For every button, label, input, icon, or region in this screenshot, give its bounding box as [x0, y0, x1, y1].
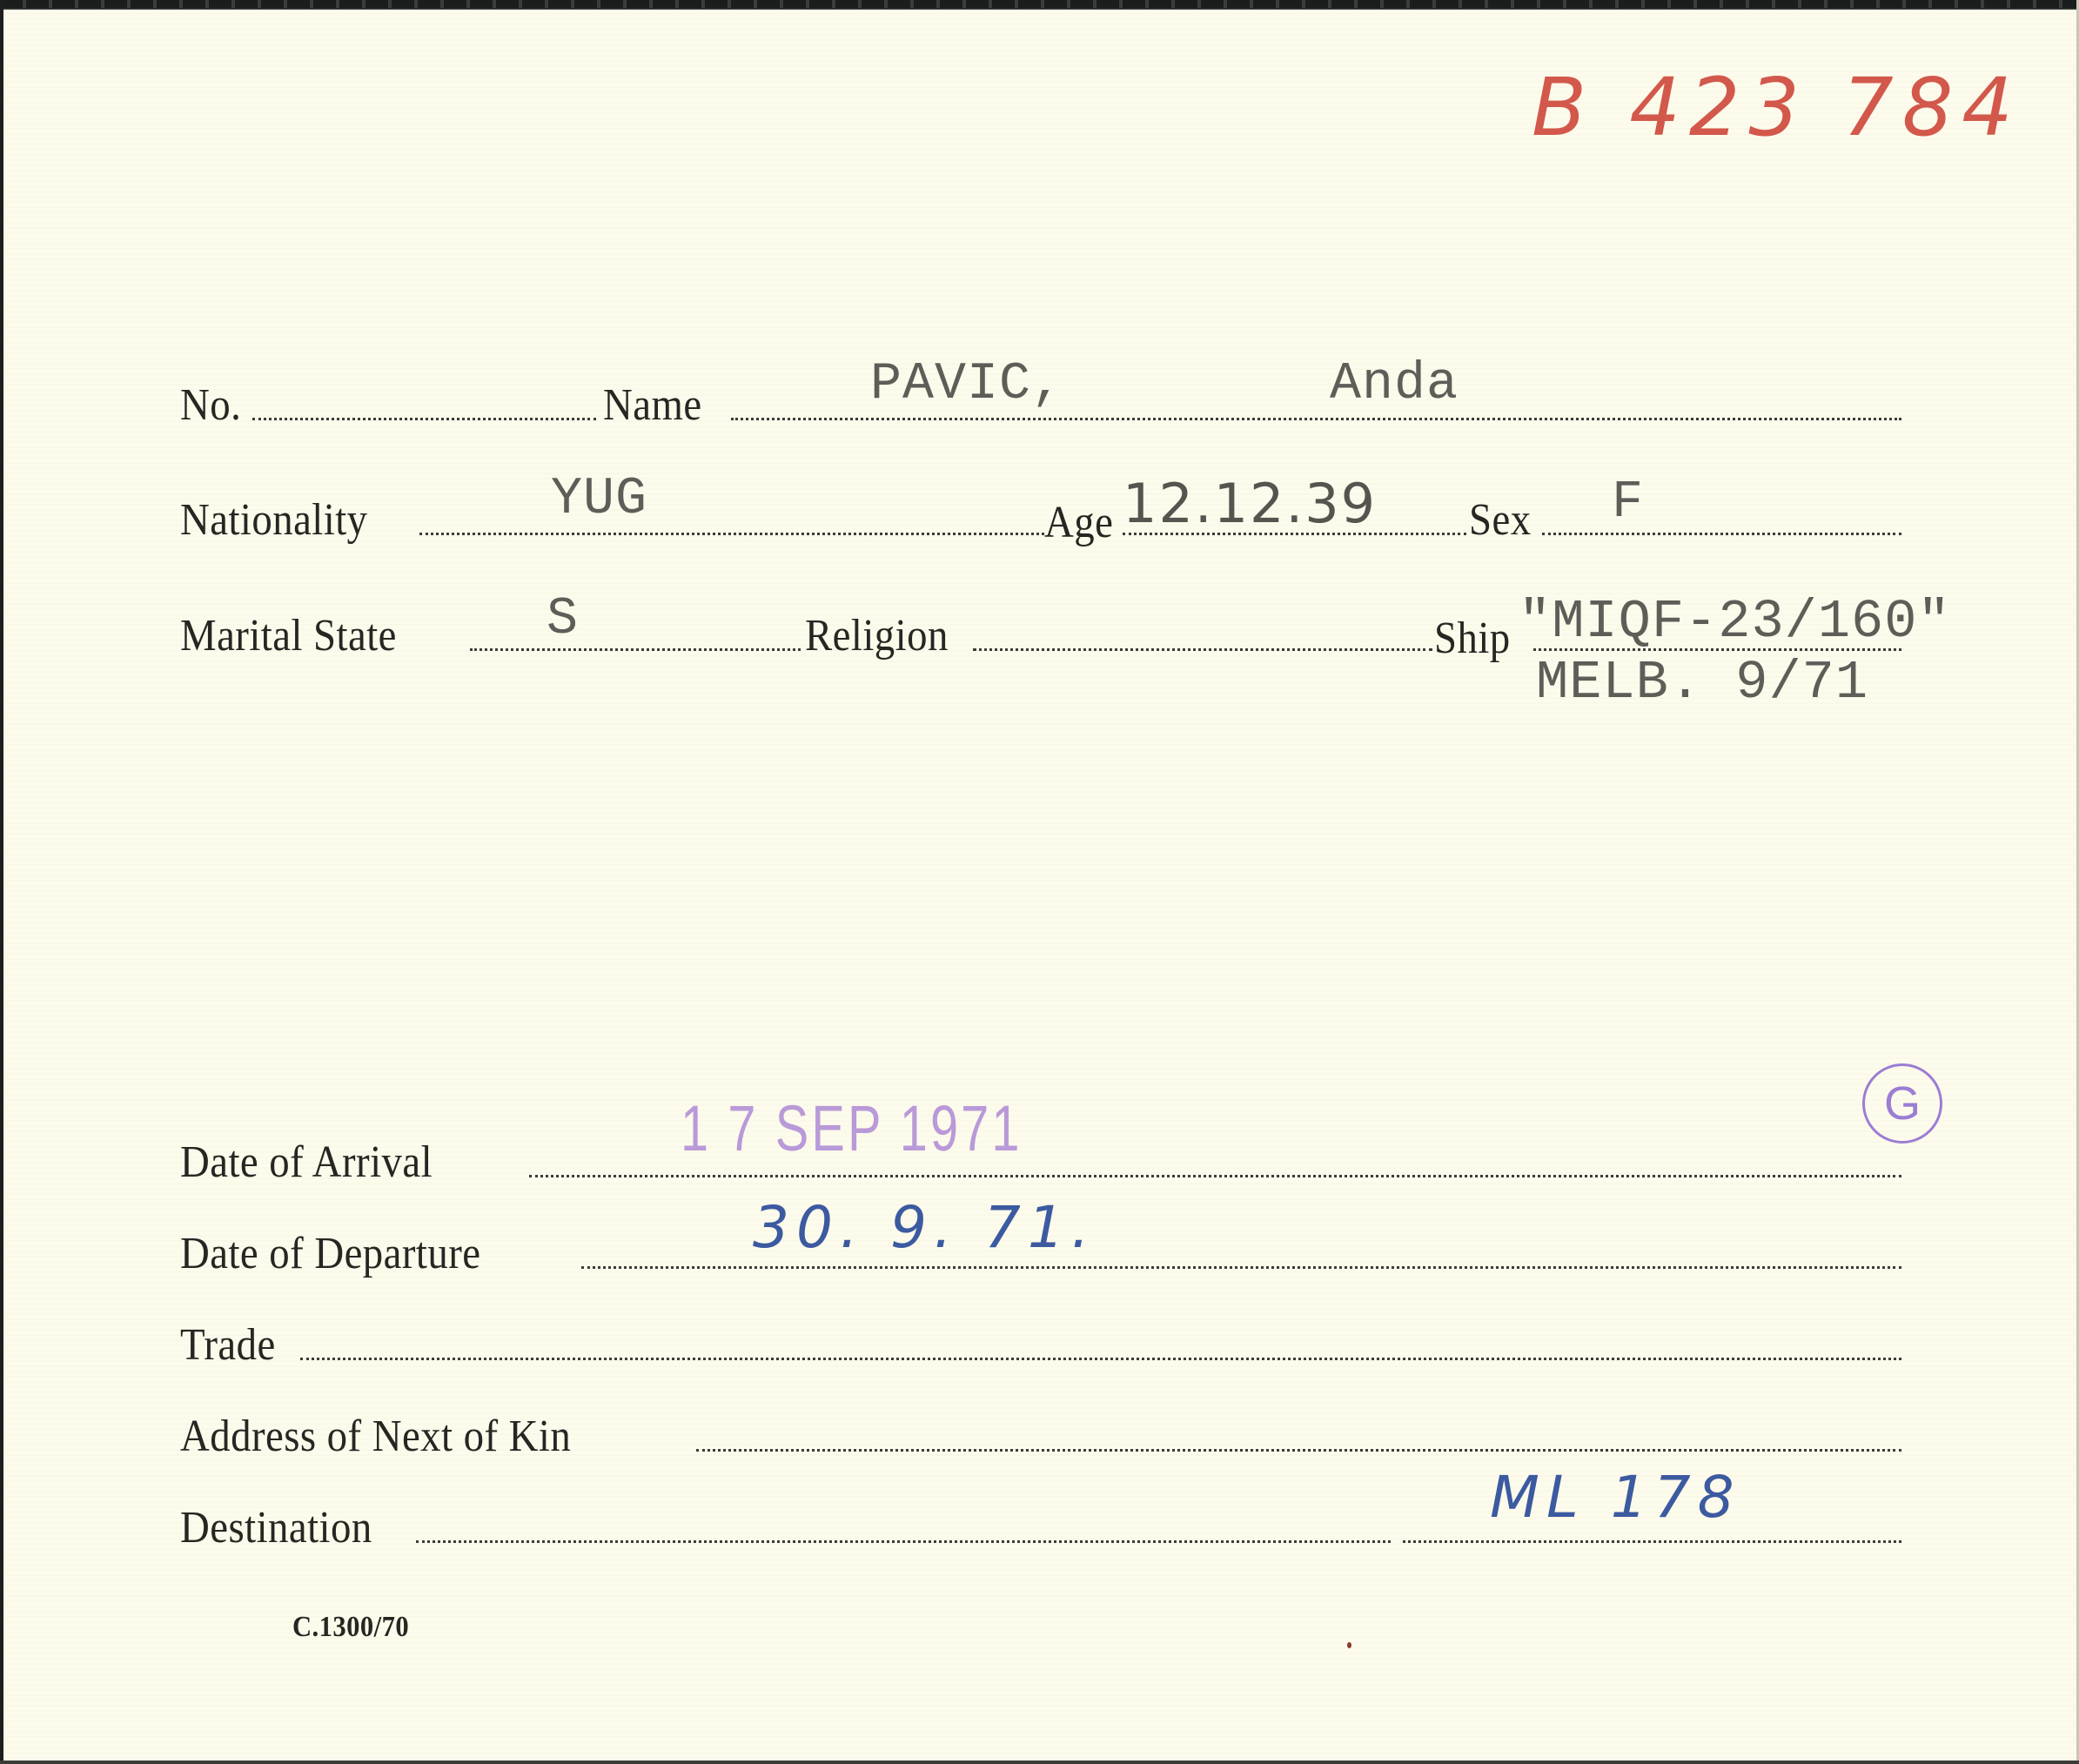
- name-field-line: [731, 418, 1901, 420]
- circled-g-stamp: G: [1862, 1063, 1942, 1144]
- nationality-value: YUG: [551, 473, 647, 526]
- destination-field-line-a: [416, 1540, 1391, 1543]
- ship-value-line1: "MIQF-23/160": [1519, 595, 1951, 649]
- circled-g-letter: G: [1884, 1080, 1921, 1127]
- destination-label: Destination: [180, 1506, 372, 1551]
- immigration-card: B 423 784 No. Name PAVIC, Anda Nationali…: [0, 0, 2079, 1764]
- address-next-of-kin-field-line: [696, 1449, 1901, 1452]
- nationality-field-line: [419, 533, 1044, 535]
- religion-label: Religion: [805, 614, 949, 659]
- card-bottom-edge: [0, 1761, 2079, 1764]
- destination-value: ML 178: [1490, 1469, 1741, 1526]
- ink-speck: [1347, 1642, 1351, 1648]
- religion-field-line: [973, 648, 1432, 651]
- date-of-arrival-field-line: [529, 1175, 1901, 1177]
- sex-field-line: [1542, 533, 1901, 535]
- sex-value: F: [1612, 477, 1644, 529]
- ship-label: Ship: [1434, 616, 1511, 661]
- age-value: 12.12.39: [1123, 477, 1377, 531]
- date-of-departure-value: 30. 9. 71.: [753, 1199, 1097, 1257]
- card-left-edge: [0, 0, 3, 1764]
- form-code: C.1300/70: [292, 1613, 409, 1642]
- arrival-date-stamp: 1 7 SEP 1971: [681, 1097, 1023, 1161]
- date-of-departure-field-line: [581, 1266, 1901, 1269]
- nationality-label: Nationality: [180, 498, 368, 543]
- age-label: Age: [1044, 500, 1113, 546]
- ship-value-line2: MELB. 9/71: [1536, 656, 1868, 710]
- destination-field-line-b: [1403, 1540, 1901, 1543]
- date-of-arrival-label: Date of Arrival: [180, 1140, 433, 1185]
- marital-state-label: Marital State: [180, 614, 397, 659]
- sex-label: Sex: [1469, 498, 1532, 543]
- name-given-value: Anda: [1330, 359, 1459, 411]
- no-field-line: [252, 418, 596, 420]
- trade-label: Trade: [180, 1323, 276, 1368]
- reference-number: B 423 784: [1532, 68, 2022, 148]
- date-of-departure-label: Date of Departure: [180, 1231, 480, 1277]
- name-surname-value: PAVIC,: [870, 359, 1063, 411]
- trade-field-line: [300, 1358, 1901, 1360]
- marital-state-value: S: [547, 594, 579, 646]
- marital-state-field-line: [470, 648, 801, 651]
- address-next-of-kin-label: Address of Next of Kin: [180, 1414, 571, 1459]
- card-top-edge: [0, 0, 2079, 10]
- name-label: Name: [603, 383, 702, 428]
- no-label: No.: [180, 383, 241, 428]
